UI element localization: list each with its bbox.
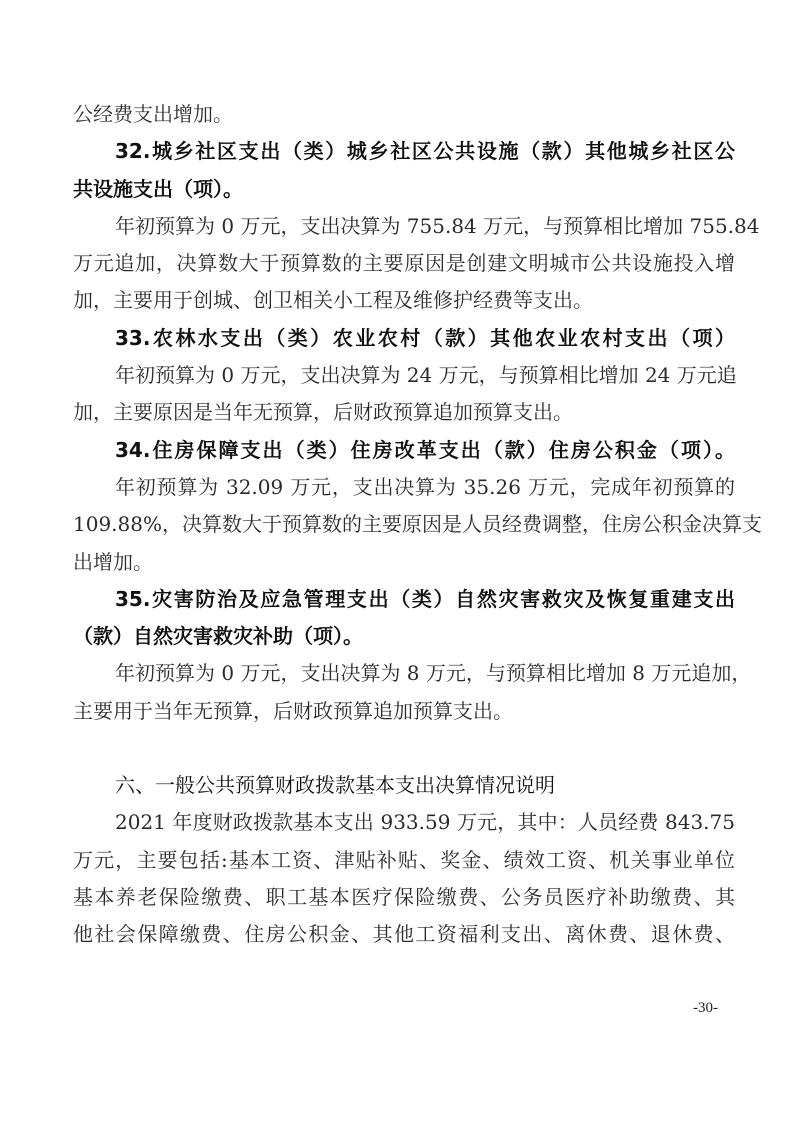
paragraph-line: 加，主要原因是当年无预算，后财政预算追加预算支出。 <box>73 394 735 431</box>
paragraph-line: 年初预算为 0 万元，支出决算为 24 万元，与预算相比增加 24 万元追 <box>73 357 735 394</box>
paragraph-line: 109.88%，决算数大于预算数的主要原因是人员经费调整，住房公积金决算支 <box>73 506 735 543</box>
page-number: -30- <box>693 1000 718 1017</box>
section-heading-32-cont: 共设施支出（项）。 <box>73 171 735 208</box>
section-heading-35-cont: （款）自然灾害救灾补助（项）。 <box>73 618 735 655</box>
section-heading-34: 34.住房保障支出（类）住房改革支出（款）住房公积金（项）。 <box>73 432 735 469</box>
paragraph-line: 万元，主要包括:基本工资、津贴补贴、奖金、绩效工资、机关事业单位 <box>73 842 735 879</box>
paragraph-line: 他社会保障缴费、住房公积金、其他工资福利支出、离休费、退休费、 <box>73 916 735 953</box>
document-body: 公经费支出增加。 32.城乡社区支出（类）城乡社区公共设施（款）其他城乡社区公 … <box>73 96 735 954</box>
paragraph-line: 万元追加，决算数大于预算数的主要原因是创建文明城市公共设施投入增 <box>73 245 735 282</box>
paragraph-line: 年初预算为 0 万元，支出决算为 755.84 万元，与预算相比增加 755.8… <box>73 208 735 245</box>
paragraph-line: 2021 年度财政拨款基本支出 933.59 万元，其中：人员经费 843.75 <box>73 804 735 841</box>
paragraph-line: 年初预算为 32.09 万元，支出决算为 35.26 万元，完成年初预算的 <box>73 469 735 506</box>
spacer <box>73 730 735 767</box>
paragraph-line: 加，主要用于创城、创卫相关小工程及维修护经费等支出。 <box>73 282 735 319</box>
section-heading-35: 35.灾害防治及应急管理支出（类）自然灾害救灾及恢复重建支出 <box>73 581 735 618</box>
section-heading-32: 32.城乡社区支出（类）城乡社区公共设施（款）其他城乡社区公 <box>73 133 735 170</box>
paragraph-line: 出增加。 <box>73 544 735 581</box>
paragraph-line: 基本养老保险缴费、职工基本医疗保险缴费、公务员医疗补助缴费、其 <box>73 879 735 916</box>
chapter-heading-6: 六、一般公共预算财政拨款基本支出决算情况说明 <box>73 767 735 804</box>
paragraph-line: 主要用于当年无预算，后财政预算追加预算支出。 <box>73 693 735 730</box>
paragraph-line: 公经费支出增加。 <box>73 96 735 133</box>
section-heading-33: 33.农林水支出（类）农业农村（款）其他农业农村支出（项） <box>73 320 735 357</box>
document-page: 公经费支出增加。 32.城乡社区支出（类）城乡社区公共设施（款）其他城乡社区公 … <box>0 0 793 1122</box>
paragraph-line: 年初预算为 0 万元，支出决算为 8 万元，与预算相比增加 8 万元追加， <box>73 655 735 692</box>
